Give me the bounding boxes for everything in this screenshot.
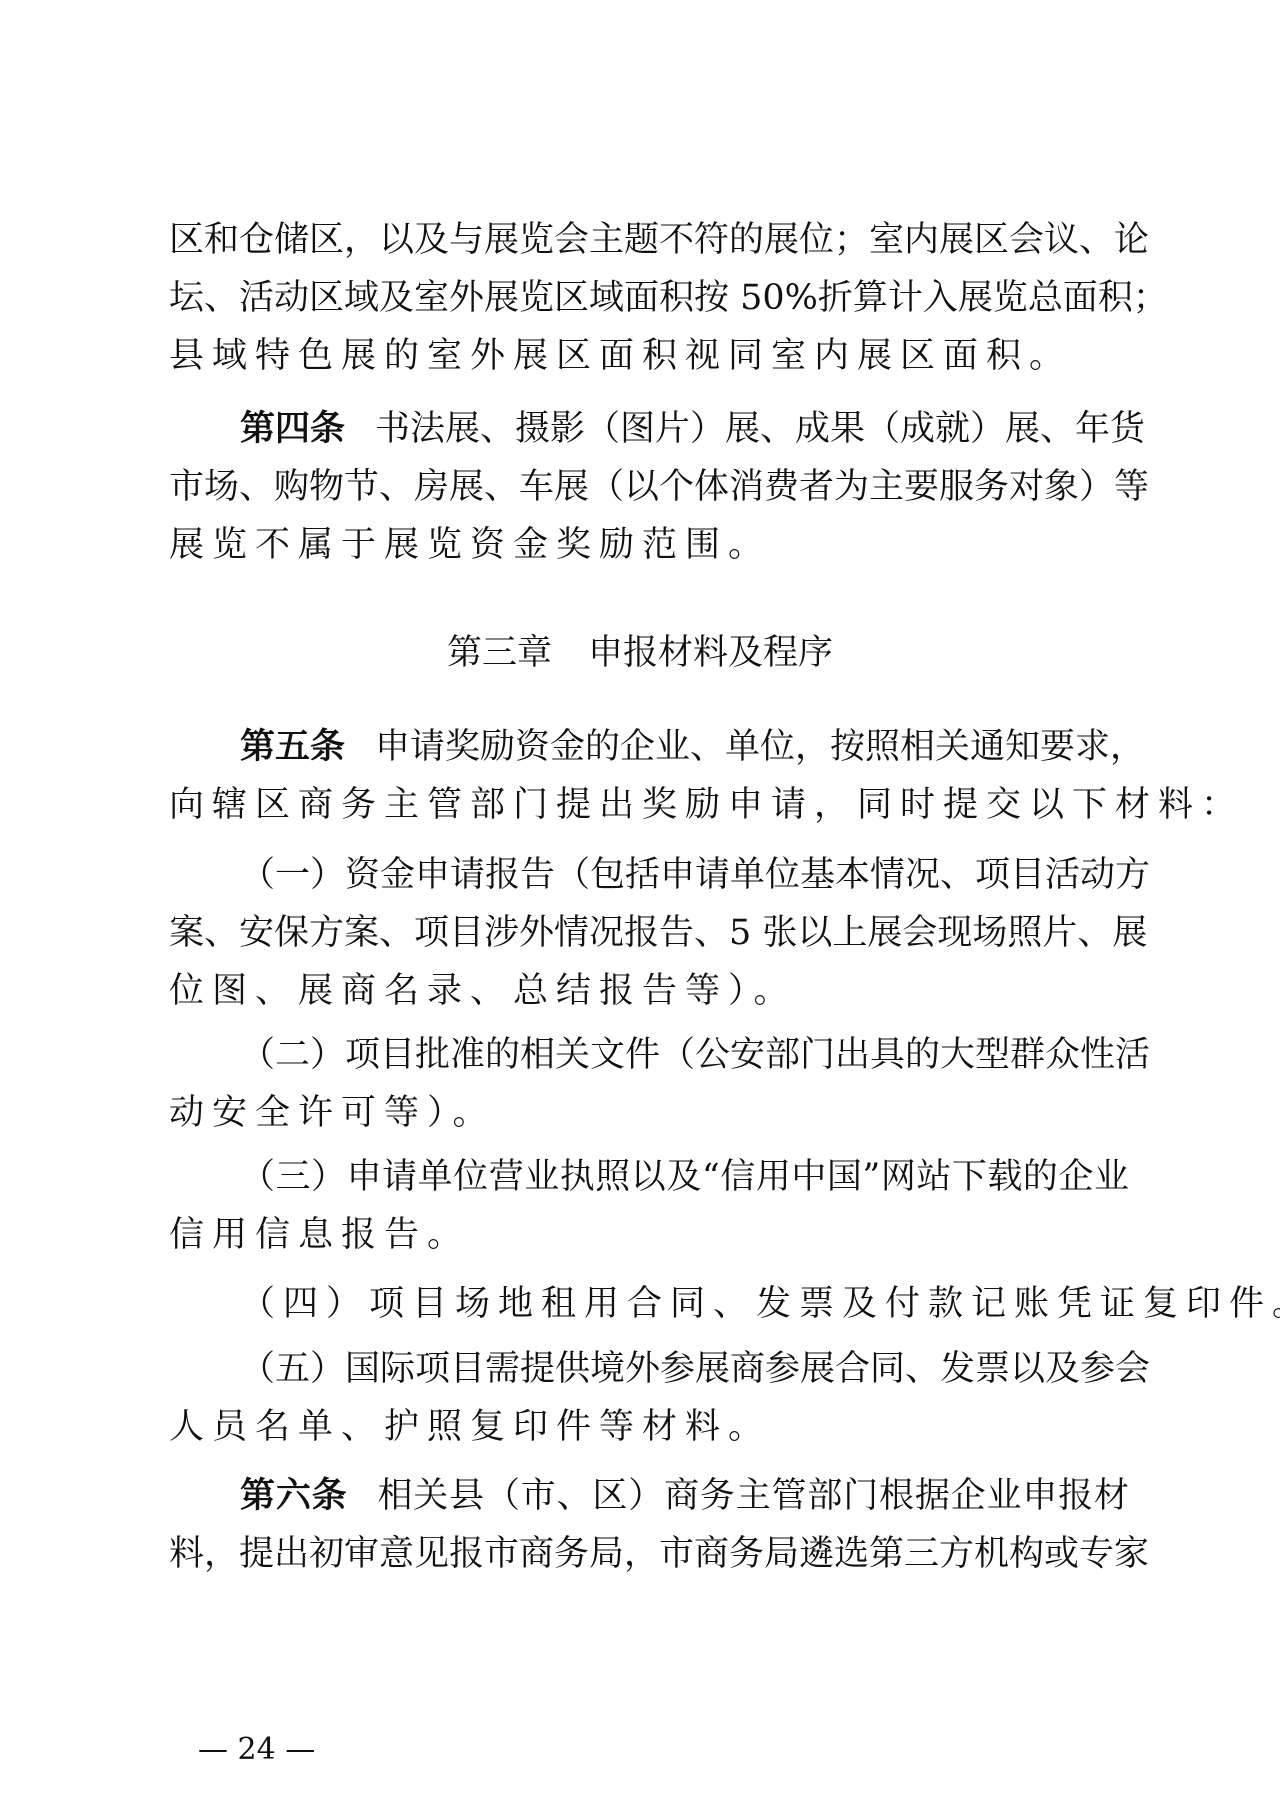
paragraph-line: 料，提出初审意见报市商务局，市商务局遴选第三方机构或专家 [169,1534,1129,1574]
article-text: 相关县（市、区）商务主管部门根据企业申报材 [377,1476,1129,1516]
article-label: 第五条 [240,727,345,767]
paragraph-line: 展览不属于展览资金奖励范围。 [169,525,1129,565]
page-number: — 24 — [198,1733,315,1767]
article-4-line: 第四条书法展、摄影（图片）展、成果（成就）展、年货 [240,409,1129,449]
article-5-line: 第五条申请奖励资金的企业、单位，按照相关通知要求， [240,727,1129,767]
article-text: 书法展、摄影（图片）展、成果（成就）展、年货 [375,409,1145,449]
list-item-2: （二）项目批准的相关文件（公安部门出具的大型群众性活 [240,1035,1129,1075]
article-6-line: 第六条相关县（市、区）商务主管部门根据企业申报材 [240,1476,1129,1516]
chapter-number: 第三章 [447,633,552,673]
list-item-4: （四）项目场地租用合同、发票及付款记账凭证复印件。 [240,1284,1129,1324]
article-label: 第四条 [240,409,345,449]
chapter-title: 申报材料及程序 [588,633,833,673]
chapter-heading: 第三章申报材料及程序 [0,633,1280,673]
paragraph-line: 市场、购物节、房展、车展（以个体消费者为主要服务对象）等 [169,467,1129,507]
document-page: 区和仓储区，以及与展览会主题不符的展位；室内展区会议、论 坛、活动区域及室外展览… [0,0,1280,1810]
paragraph-line: 县域特色展的室外展区面积视同室内展区面积。 [169,336,1129,376]
paragraph-line: 信用信息报告。 [169,1215,1129,1255]
paragraph-line: 区和仓储区，以及与展览会主题不符的展位；室内展区会议、论 [169,220,1129,260]
list-item-5: （五）国际项目需提供境外参展商参展合同、发票以及参会 [240,1349,1129,1389]
paragraph-line: 坛、活动区域及室外展览区域面积按 50%折算计入展览总面积； [169,278,1129,318]
article-text: 申请奖励资金的企业、单位，按照相关通知要求， [375,727,1145,767]
list-item-3: （三）申请单位营业执照以及“信用中国”网站下载的企业 [240,1157,1129,1197]
paragraph-line: 人员名单、护照复印件等材料。 [169,1407,1129,1447]
paragraph-line: 案、安保方案、项目涉外情况报告、5 张以上展会现场照片、展 [169,913,1129,953]
list-item-1: （一）资金申请报告（包括申请单位基本情况、项目活动方 [240,855,1129,895]
paragraph-line: 位图、展商名录、总结报告等）。 [169,971,1129,1011]
paragraph-line: 动安全许可等）。 [169,1093,1129,1133]
article-label: 第六条 [240,1476,347,1516]
paragraph-line: 向辖区商务主管部门提出奖励申请，同时提交以下材料： [169,785,1129,825]
